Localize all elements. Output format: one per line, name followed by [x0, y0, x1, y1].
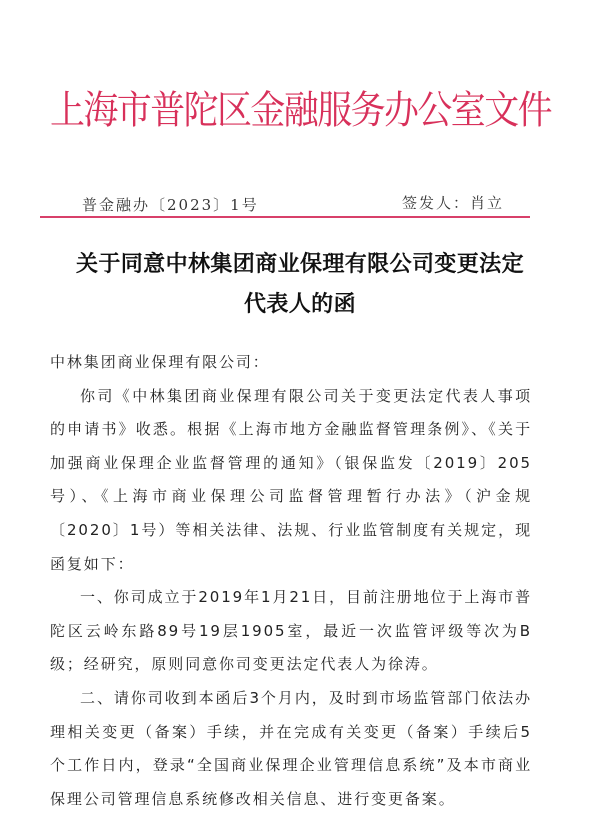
document-number: 普金融办〔2023〕1号 — [82, 194, 259, 215]
document-meta: 普金融办〔2023〕1号 签发人：肖立 — [40, 190, 530, 218]
paragraph-item-1: 一、你司成立于2019年1月21日，目前注册地位于上海市普陀区云岭东路89号19… — [50, 581, 532, 682]
paragraph-item-2: 二、请你司收到本函后3个月内，及时到市场监管部门依法办理相关变更（备案）手续，并… — [50, 682, 532, 816]
document-title: 关于同意中林集团商业保理有限公司变更法定 代表人的函 — [40, 244, 560, 324]
title-line-1: 关于同意中林集团商业保理有限公司变更法定 — [40, 244, 560, 284]
red-divider-line — [40, 216, 530, 218]
title-line-2: 代表人的函 — [40, 284, 560, 324]
salutation: 中林集团商业保理有限公司： — [50, 346, 532, 380]
document-body: 中林集团商业保理有限公司： 你司《中林集团商业保理有限公司关于变更法定代表人事项… — [66, 346, 532, 816]
document-page: 上海市普陀区金融服务办公室文件 普金融办〔2023〕1号 签发人：肖立 关于同意… — [0, 0, 592, 820]
signer: 签发人：肖立 — [402, 192, 504, 213]
issuer-header: 上海市普陀区金融服务办公室文件 — [50, 81, 520, 141]
paragraph-intro: 你司《中林集团商业保理有限公司关于变更法定代表人事项的申请书》收悉。根据《上海市… — [50, 380, 532, 582]
